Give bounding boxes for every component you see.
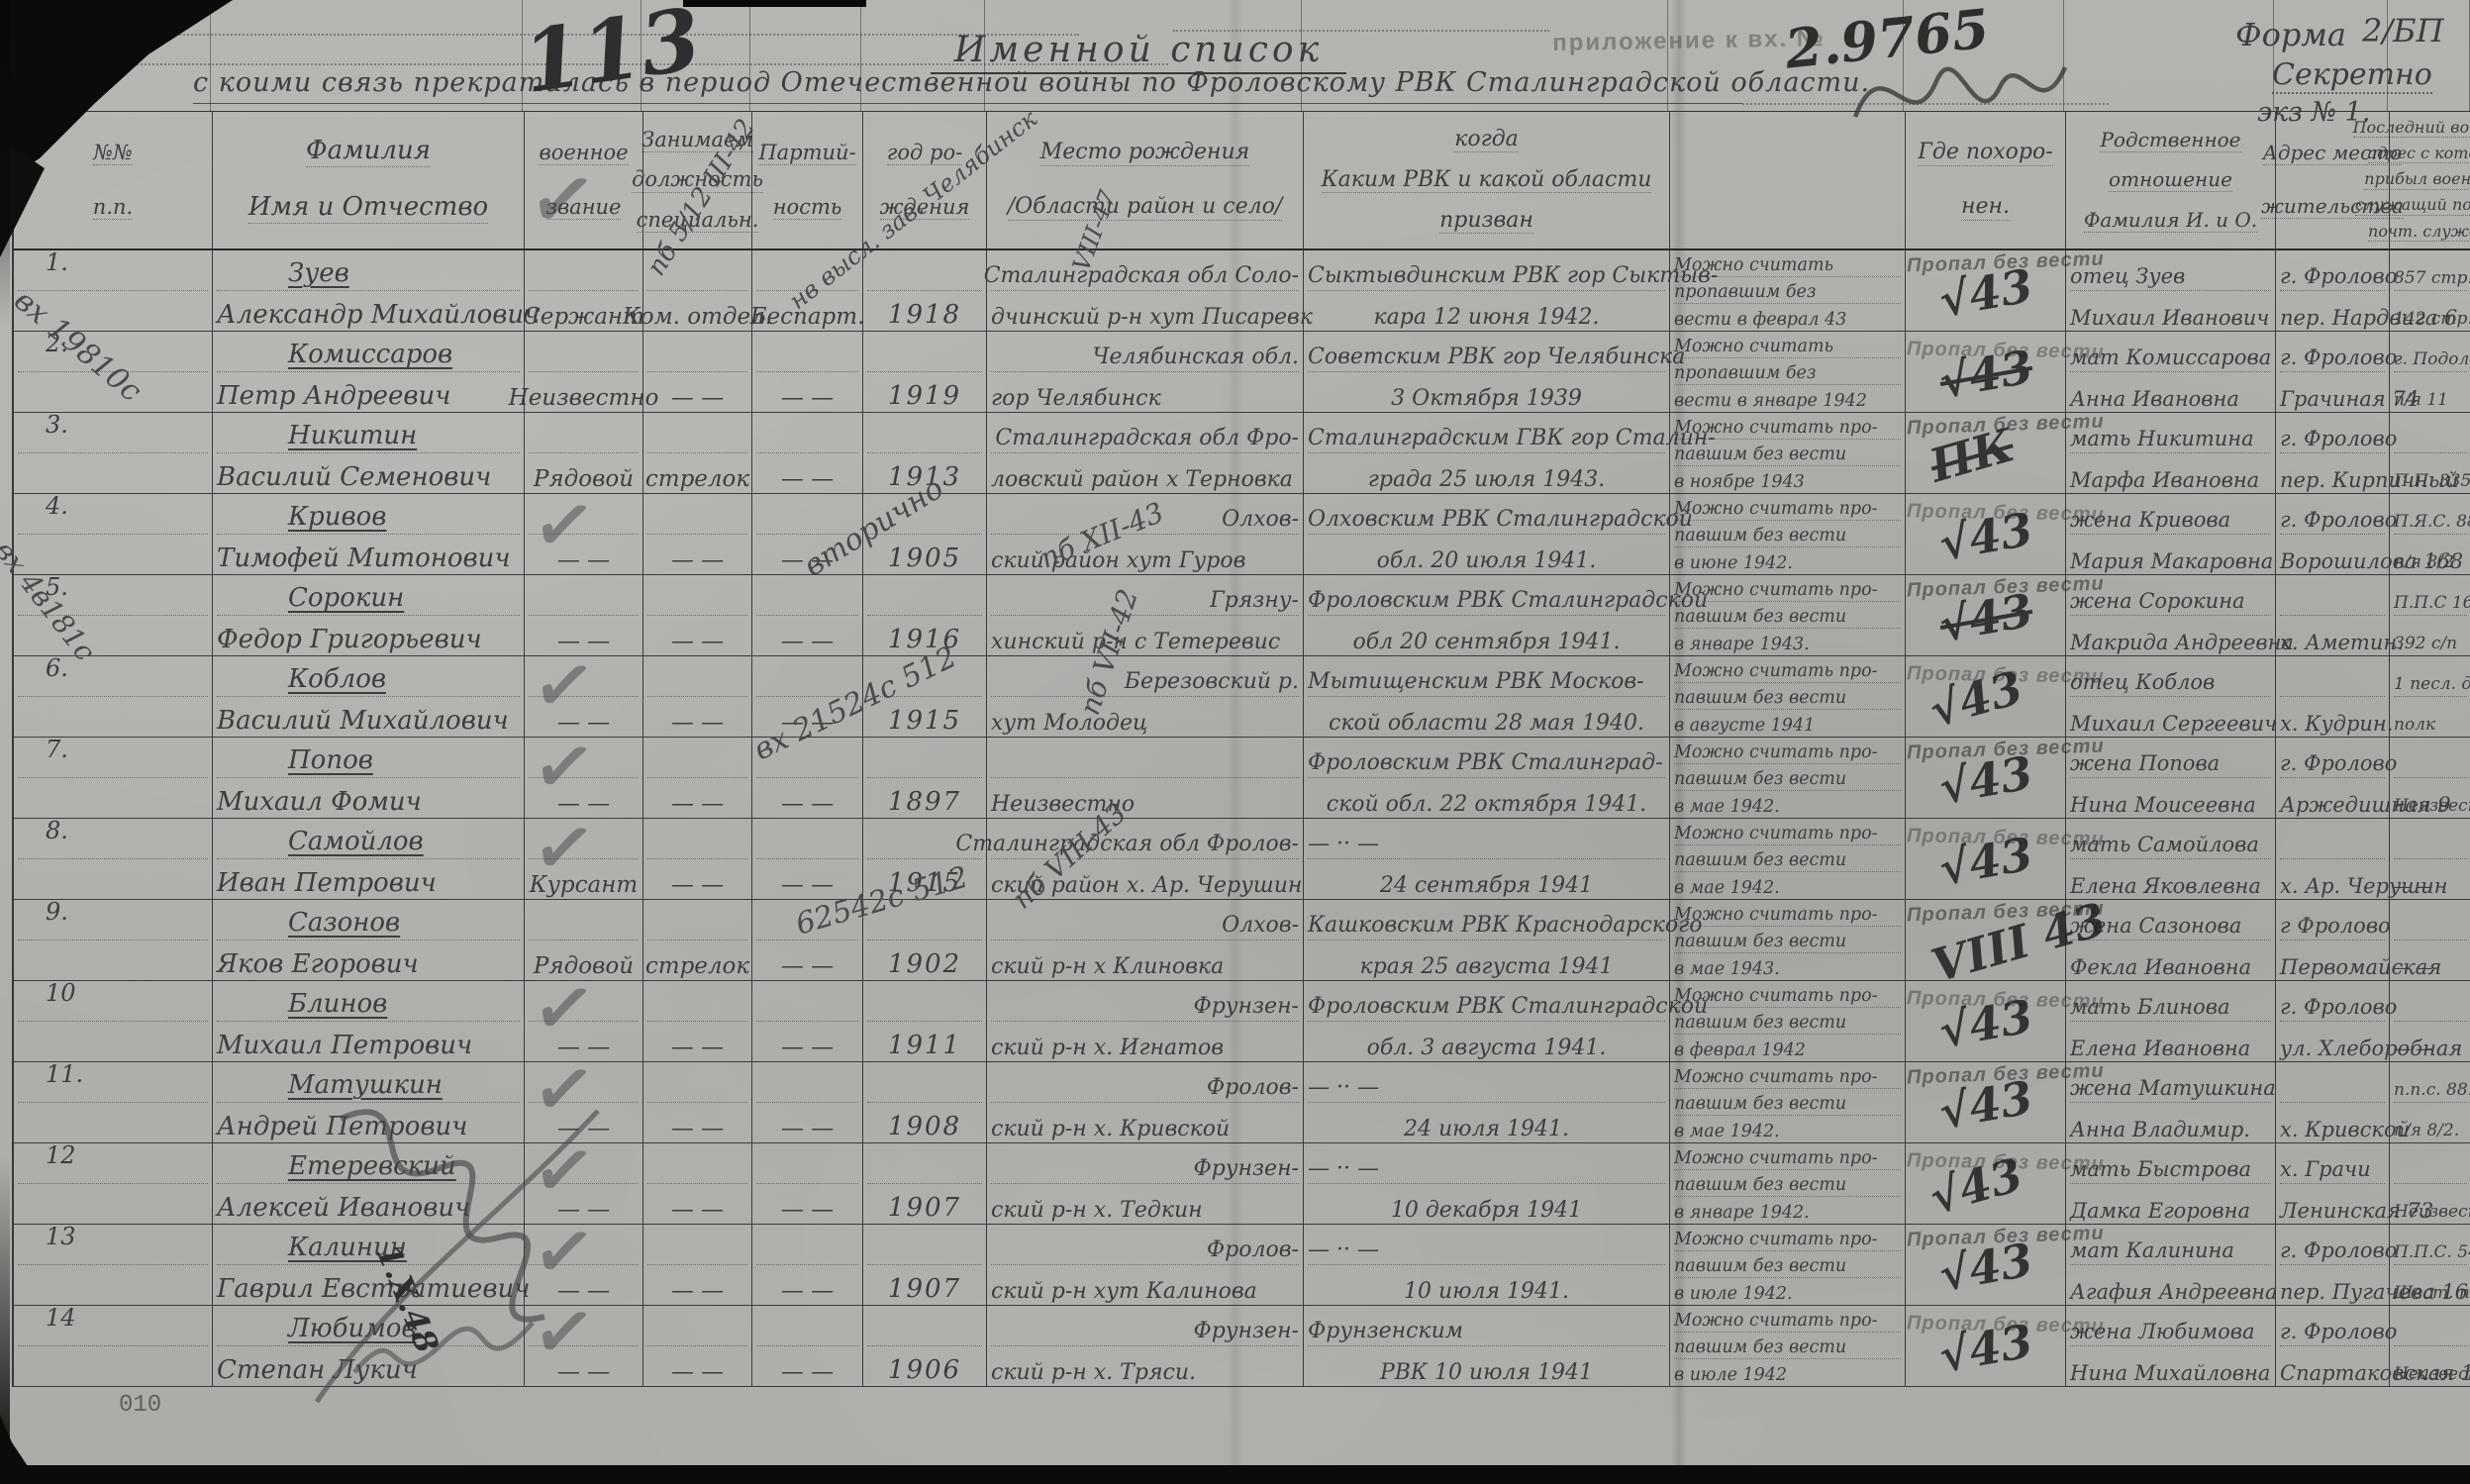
cell-drafted-by: — ·· —10 июля 1941. (1304, 1225, 1670, 1305)
checkmark: ✓ (524, 148, 602, 249)
cell-burial: Пропал без вести VIII 43 (1906, 900, 2066, 980)
checkmark: ✓ (528, 640, 600, 733)
cell-number: 3. (14, 413, 213, 493)
cell-number: 14 (14, 1306, 213, 1386)
cell-conclusion: Можно считать пропавшим без вести в янва… (1670, 332, 1906, 412)
page-edge (0, 1465, 2470, 1484)
cell-number: 10 (14, 981, 213, 1061)
cell-last-unit: П.П.С. 545Шест. пол. (2390, 1225, 2470, 1305)
cell-burial: Пропал без вести √43 (1906, 494, 2066, 574)
cell-birthplace: Челябинская обл.гор Челябинск (987, 332, 1304, 412)
cell-birth-year: 1908 (863, 1062, 987, 1142)
cell-number: 9. (14, 900, 213, 980)
cell-conclusion: Можно считать про- павшим без вести в ма… (1670, 738, 1906, 818)
cell-party: — — (752, 981, 863, 1061)
cell-name: ЗуевАлександр Михайлович (213, 250, 525, 331)
page-subtitle: с коими связь прекратилась в период Отеч… (193, 67, 1742, 104)
cell-conclusion: Можно считать про- павшим без вести в ма… (1670, 1062, 1906, 1142)
cell-conclusion: Можно считать про- павшим без вести в ма… (1670, 900, 1906, 980)
cell-burial: Пропал без вести √43 (1906, 656, 2066, 737)
cell-last-unit: П.Я.С. 881п/я 8/2 (2390, 494, 2470, 574)
cell-drafted-by: ФрунзенскимРВК 10 июля 1941 (1304, 1306, 1670, 1386)
cell-address: г. Фроловопер. Нардвига 6 (2276, 250, 2390, 331)
cell-party: — — (752, 1306, 863, 1386)
cell-position: — — (643, 494, 752, 574)
cell-drafted-by: Фроловским РВК Сталинградскойобл. 3 авгу… (1304, 981, 1670, 1061)
cell-address: г. Фроловоул. Хлеборобная 15 (2276, 981, 2390, 1061)
cell-conclusion: Можно считать про- павшим без вести в ян… (1670, 575, 1906, 655)
column-header: ФамилияИмя и Отчество (213, 112, 525, 248)
cell-conclusion: Можно считать про- павшим без вести в ию… (1670, 1225, 1906, 1305)
cell-burial: Пропал без вести √43 (1906, 575, 2066, 655)
cell-birthplace: Фролов-ский р-н х. Кривской (987, 1062, 1304, 1142)
cell-number: 4. (14, 494, 213, 574)
cell-last-unit: П.П. 33513 (2390, 413, 2470, 493)
cell-birthplace: Неизвестно (987, 738, 1304, 818)
cell-position: — — (643, 332, 752, 412)
cell-conclusion: Можно считать про- павшим без вести в ян… (1670, 1143, 1906, 1224)
paper-crease (1671, 0, 1687, 1484)
cell-conclusion: Можно считать про- павшим без вести в ма… (1670, 819, 1906, 899)
cell-birthplace: Фрунзен-ский р-н х. Тряси. (987, 1306, 1304, 1386)
cell-last-unit: — — (2390, 819, 2470, 899)
checkmark: ✓ (528, 802, 600, 895)
cell-position: — — (643, 575, 752, 655)
cell-address: г. ФроловоВорошилова 168 (2276, 494, 2390, 574)
cell-number: 11. (14, 1062, 213, 1142)
cell-address: х. Кривской (2276, 1062, 2390, 1142)
cell-birthplace: Фрунзен-ский р-н х. Тедкин (987, 1143, 1304, 1224)
cell-last-unit: — — (2390, 981, 2470, 1061)
cell-address: х. ГрачиЛенинская 73 (2276, 1143, 2390, 1224)
cell-birthplace: Сталинградская обл Фро-ловский район х Т… (987, 413, 1304, 493)
cell-number: 7. (14, 738, 213, 818)
cell-position: — — (643, 819, 752, 899)
cell-birthplace: Олхов-ский р-н х Клиновка (987, 900, 1304, 980)
cell-name: КобловВасилий Михайлович (213, 656, 525, 737)
cell-conclusion: Можно считать пропавшим без вести в февр… (1670, 250, 1906, 331)
cell-number: 8. (14, 819, 213, 899)
secrecy-label: Секретно (2272, 57, 2432, 94)
document-paper: Именной список с коими связь прекратилас… (0, 0, 2470, 1484)
cell-name: БлиновМихаил Петрович (213, 981, 525, 1061)
cell-burial: Пропал без вести √43 (1906, 250, 2066, 331)
cell-birth-year: 1916 (863, 575, 987, 655)
cell-birth-year: 1907 (863, 1143, 987, 1224)
cell-party: — — (752, 1225, 863, 1305)
cell-drafted-by: Сталинградским ГВК гор Сталин-града 25 и… (1304, 413, 1670, 493)
cell-name: СорокинФедор Григорьевич (213, 575, 525, 655)
form-label: Форма (2235, 16, 2346, 53)
cell-party: — — (752, 1062, 863, 1142)
cell-birth-year: 1906 (863, 1306, 987, 1386)
cell-drafted-by: Фроловским РВК Сталинградскойобл 20 сент… (1304, 575, 1670, 655)
cell-address: г ФроловоПервомайская (2276, 900, 2390, 980)
column-header: РодственноеотношениеФамилия И. и О. (2066, 112, 2276, 248)
cell-burial: Пропал без вести √43 (1906, 981, 2066, 1061)
cell-address: г. ФроловоАржедишная 9 (2276, 738, 2390, 818)
cell-last-unit: г. Подольскп/я 11 (2390, 332, 2470, 412)
cell-address: г. ФроловоСпартаковская 157 (2276, 1306, 2390, 1386)
page-number: 010 (119, 1392, 161, 1419)
cell-address: г. ФроловоГрачиная 74 (2276, 332, 2390, 412)
cell-position: стрелок (643, 413, 752, 493)
cell-name: ПоповМихаил Фомич (213, 738, 525, 818)
checkmark: ✓ (528, 721, 600, 814)
cell-birth-year: 1918 (863, 250, 987, 331)
cell-burial: Пропал без вести √43 (1906, 1225, 2066, 1305)
cell-drafted-by: Советским РВК гор Челябинска3 Октября 19… (1304, 332, 1670, 412)
cell-drafted-by: Фроловским РВК Сталинград-ской обл. 22 о… (1304, 738, 1670, 818)
cell-last-unit: п.п.с. 881п/я 8/2. (2390, 1062, 2470, 1142)
cell-position: — — (643, 981, 752, 1061)
cell-last-unit: — — (2390, 900, 2470, 980)
cell-conclusion: Можно считать про- павшим без вести в фе… (1670, 981, 1906, 1061)
column-header: Партий-ность (752, 112, 863, 248)
cell-position: — — (643, 738, 752, 818)
cell-burial: Пропал без вести √43 (1906, 1143, 2066, 1224)
cell-party: — — (752, 413, 863, 493)
cell-birth-year: 1911 (863, 981, 987, 1061)
cell-burial: Пропал без вести √43 (1906, 819, 2066, 899)
copy-number: экз № 1. (2257, 97, 2370, 128)
cell-address: х. Кудрин. (2276, 656, 2390, 737)
cell-drafted-by: Сыктывдинским РВК гор Сыктыв-кара 12 июн… (1304, 250, 1670, 331)
cell-birthplace: Березовский р.хут Молодец (987, 656, 1304, 737)
cell-burial: Пропал без вести √43 (1906, 1062, 2066, 1142)
cell-last-unit: Неизвестно (2390, 738, 2470, 818)
cell-drafted-by: — ·· —10 декабря 1941 (1304, 1143, 1670, 1224)
cell-conclusion: Можно считать про- павшим без вести в ав… (1670, 656, 1906, 737)
cell-name: КомиссаровПетр Андреевич (213, 332, 525, 412)
checkmark: ✓ (528, 1043, 600, 1137)
cell-birthplace: Сталинградская обл Соло-дчинский р-н хут… (987, 250, 1304, 331)
cell-last-unit: 1 песл. дор.полк (2390, 656, 2470, 737)
cell-conclusion: Можно считать про- павшим без вести в ию… (1670, 1306, 1906, 1386)
checkmark: ✓ (528, 1286, 600, 1379)
cell-last-unit: Неизвестен. (2390, 1143, 2470, 1224)
cell-number: 6. (14, 656, 213, 737)
cell-party: — — (752, 1143, 863, 1224)
cell-birthplace: Фролов-ский р-н хут Калинова (987, 1225, 1304, 1305)
cell-position: — — (643, 1143, 752, 1224)
page-edge (0, 0, 10, 1484)
cell-address: х. Ар. Черушин (2276, 819, 2390, 899)
cell-drafted-by: — ·· —24 сентября 1941 (1304, 819, 1670, 899)
cell-number: 13 (14, 1225, 213, 1305)
cell-last-unit: П.П.С 1659392 с/п (2390, 575, 2470, 655)
cell-last-unit: 857 стр. полк142 стр. дивизии (2390, 250, 2470, 331)
cell-address: х. Аметин. (2276, 575, 2390, 655)
cell-birth-year: 1897 (863, 738, 987, 818)
checkmark: ✓ (528, 1206, 600, 1299)
checkmark: ✓ (528, 962, 600, 1055)
cell-conclusion: Можно считать про- павшим без вести в но… (1670, 413, 1906, 493)
cell-burial: Пропал без вести √43 (1906, 332, 2066, 412)
cell-birthplace: Фрунзен-ский р-н х. Игнатов (987, 981, 1304, 1061)
cell-drafted-by: — ·· —24 июля 1941. (1304, 1062, 1670, 1142)
column-header: когдаКаким РВК и какой областипризван (1304, 112, 1670, 248)
cell-name: КривовТимофей Митонович (213, 494, 525, 574)
cell-party: — — (752, 819, 863, 899)
cell-name: СамойловИван Петрович (213, 819, 525, 899)
column-header: Последний воинскадрес с котор.прибыл вое… (2390, 112, 2470, 248)
cell-drafted-by: Мытищенским РВК Москов-ской области 28 м… (1304, 656, 1670, 737)
cell-name: НикитинВасилий Семенович (213, 413, 525, 493)
cell-burial: Пропал без вести √43 (1906, 738, 2066, 818)
cell-conclusion: Можно считать про- павшим без вести в ию… (1670, 494, 1906, 574)
cell-drafted-by: Кашковским РВК Краснодарскогокрая 25 авг… (1304, 900, 1670, 980)
paper-crease (1228, 0, 1243, 1484)
cell-address: г. Фроловопер. Кирпичный (2276, 413, 2390, 493)
cell-last-unit: Неизвестен (2390, 1306, 2470, 1386)
cell-party: — — (752, 332, 863, 412)
cell-position: — — (643, 656, 752, 737)
cell-address: г. Фроловопер. Пугачева 16 (2276, 1225, 2390, 1305)
cell-drafted-by: Олховским РВК Сталинградскойобл. 20 июля… (1304, 494, 1670, 574)
cell-position: — — (643, 1306, 752, 1386)
cell-burial: Пропал без вести √43 (1906, 1306, 2066, 1386)
cell-position: — — (643, 1062, 752, 1142)
cell-position: — — (643, 1225, 752, 1305)
cell-number: 12 (14, 1143, 213, 1224)
cell-position: стрелок (643, 900, 752, 980)
cell-birthplace: Грязну-хинский р-н с Тетеревис (987, 575, 1304, 655)
cell-party: — — (752, 575, 863, 655)
cell-rank: Неизвестно (525, 332, 643, 412)
cell-burial: Пропал без вести ПК (1906, 413, 2066, 493)
checkmark: ✓ (528, 1125, 600, 1218)
cell-name: СазоновЯков Егорович (213, 900, 525, 980)
page-edge (683, 0, 866, 7)
checkmark: ✓ (528, 479, 600, 572)
form-number: 2/БП (2362, 12, 2444, 49)
cell-birth-year: 1919 (863, 332, 987, 412)
cell-birth-year: 1907 (863, 1225, 987, 1305)
